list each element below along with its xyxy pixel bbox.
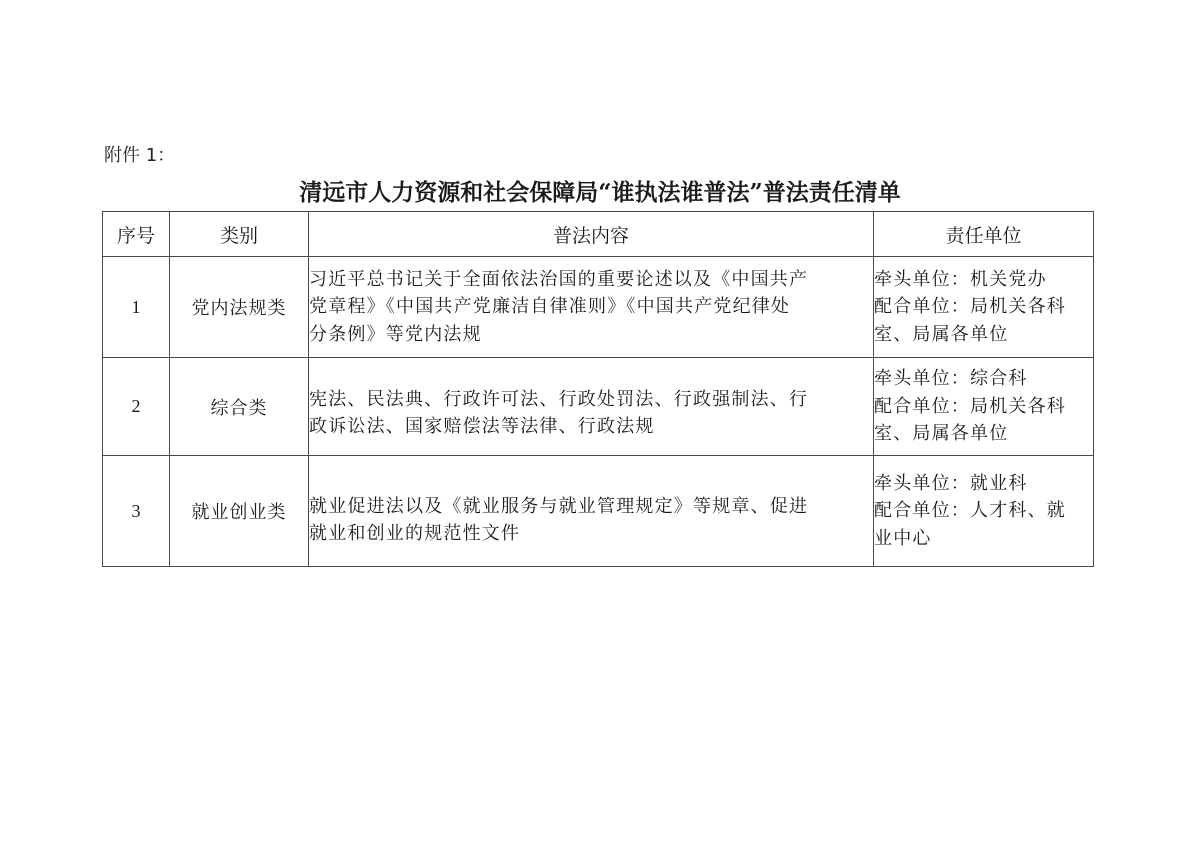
unit-line: 配合单位：局机关各科 bbox=[874, 293, 1093, 321]
row-unit: 牵头单位：综合科 配合单位：局机关各科 室、局属各单位 bbox=[874, 358, 1094, 456]
row-number: 3 bbox=[103, 456, 170, 567]
content-line: 宪法、民法典、行政许可法、行政处罚法、行政强制法、行 bbox=[309, 386, 873, 414]
table-header-row: 序号 类别 普法内容 责任单位 bbox=[103, 212, 1094, 257]
row-category: 综合类 bbox=[170, 358, 309, 456]
row-content: 就业促进法以及《就业服务与就业管理规定》等规章、促进 就业和创业的规范性文件 bbox=[309, 456, 874, 567]
row-unit: 牵头单位：就业科 配合单位：人才科、就 业中心 bbox=[874, 456, 1094, 567]
table-row: 1 党内法规类 习近平总书记关于全面依法治国的重要论述以及《中国共产 党章程》《… bbox=[103, 257, 1094, 358]
table-row: 3 就业创业类 就业促进法以及《就业服务与就业管理规定》等规章、促进 就业和创业… bbox=[103, 456, 1094, 567]
unit-line: 牵头单位：机关党办 bbox=[874, 266, 1093, 294]
header-category: 类别 bbox=[170, 212, 309, 257]
header-no: 序号 bbox=[103, 212, 170, 257]
unit-line: 配合单位：人才科、就 bbox=[874, 497, 1093, 525]
unit-line: 室、局属各单位 bbox=[874, 420, 1093, 448]
attachment-label: 附件 1： bbox=[104, 141, 175, 167]
row-number: 1 bbox=[103, 257, 170, 358]
table-row: 2 综合类 宪法、民法典、行政许可法、行政处罚法、行政强制法、行 政诉讼法、国家… bbox=[103, 358, 1094, 456]
unit-line: 配合单位：局机关各科 bbox=[874, 393, 1093, 421]
content-line: 就业促进法以及《就业服务与就业管理规定》等规章、促进 bbox=[309, 493, 873, 521]
header-unit: 责任单位 bbox=[874, 212, 1094, 257]
content-line: 政诉讼法、国家赔偿法等法律、行政法规 bbox=[309, 413, 873, 441]
unit-line: 室、局属各单位 bbox=[874, 321, 1093, 349]
content-line: 就业和创业的规范性文件 bbox=[309, 520, 873, 548]
content-line: 党章程》《中国共产党廉洁自律准则》《中国共产党纪律处 bbox=[309, 293, 873, 321]
content-line: 分条例》等党内法规 bbox=[309, 321, 873, 349]
header-content: 普法内容 bbox=[309, 212, 874, 257]
responsibility-table: 序号 类别 普法内容 责任单位 1 党内法规类 习近平总书记关于全面依法治国的重… bbox=[102, 211, 1094, 567]
row-content: 宪法、民法典、行政许可法、行政处罚法、行政强制法、行 政诉讼法、国家赔偿法等法律… bbox=[309, 358, 874, 456]
unit-line: 牵头单位：综合科 bbox=[874, 365, 1093, 393]
row-content: 习近平总书记关于全面依法治国的重要论述以及《中国共产 党章程》《中国共产党廉洁自… bbox=[309, 257, 874, 358]
unit-line: 业中心 bbox=[874, 525, 1093, 553]
row-number: 2 bbox=[103, 358, 170, 456]
document-title: 清远市人力资源和社会保障局“谁执法谁普法”普法责任清单 bbox=[0, 174, 1200, 207]
row-category: 就业创业类 bbox=[170, 456, 309, 567]
content-line: 习近平总书记关于全面依法治国的重要论述以及《中国共产 bbox=[309, 266, 873, 294]
unit-line: 牵头单位：就业科 bbox=[874, 470, 1093, 498]
row-unit: 牵头单位：机关党办 配合单位：局机关各科 室、局属各单位 bbox=[874, 257, 1094, 358]
row-category: 党内法规类 bbox=[170, 257, 309, 358]
